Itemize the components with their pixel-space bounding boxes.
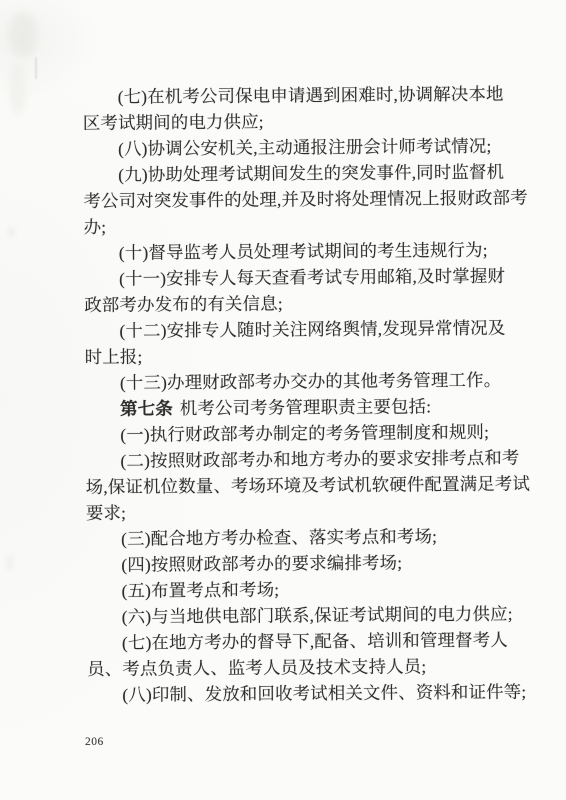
text-line: 时上报; [85, 341, 517, 370]
scan-scratch-artifact [35, 57, 37, 79]
text-line: 考公司对突发事件的处理,并及时将处理情况上报财政部考 [83, 185, 515, 214]
text-line: (十二)安排专人随时关注网络舆情,发现异常情况及 [84, 315, 516, 344]
scan-speck-artifact [7, 556, 13, 570]
scan-smudge-artifact [9, 13, 37, 57]
article-number: 第七条 [120, 398, 173, 418]
text-line: 场,保证机位数量、考场环境及考试机软硬件配置满足考试 [86, 471, 518, 500]
text-line: 区考试期间的电力供应; [83, 107, 515, 136]
text-line: (四)按照财政部考办的要求编排考场; [86, 549, 518, 578]
document-page: (七)在机考公司保电申请遇到困难时,协调解决本地 区考试期间的电力供应; (八)… [0, 0, 566, 800]
text-line: (九)协助处理考试期间发生的突发事件,同时监督机 [83, 159, 515, 188]
text-line: (七)在机考公司保电申请遇到困难时,协调解决本地 [83, 81, 515, 110]
text-line: 要求; [86, 497, 518, 526]
scan-smudge-artifact [10, 62, 26, 114]
text-line: 政部考办发布的有关信息; [84, 289, 516, 318]
scan-speck-artifact [8, 228, 15, 237]
text-line: 办; [84, 211, 516, 240]
text-line: (五)布置考点和考场; [86, 575, 518, 604]
text-line: (七)在地方考办的督导下,配备、培训和管理督考人 [87, 627, 519, 656]
text-line: (十)督导监考人员处理考试期间的考生违规行为; [84, 237, 516, 266]
text-line: (三)配合地方考办检查、落实考点和考场; [86, 523, 518, 552]
text-line: (六)与当地供电部门联系,保证考试期间的电力供应; [87, 601, 519, 630]
text-line: (一)执行财政部考办制定的考务管理制度和规则; [85, 419, 517, 448]
text-line: (二)按照财政部考办和地方考办的要求安排考点和考 [85, 445, 517, 474]
page-number: 206 [85, 736, 104, 748]
text-line: (八)协调公安机关,主动通报注册会计师考试情况; [83, 133, 515, 162]
text-line: 员、考点负责人、监考人员及技术支持人员; [87, 653, 519, 682]
article-heading-text: 机考公司考务管理职责主要包括: [180, 396, 431, 418]
text-line: (十三)办理财政部考办交办的其他考务管理工作。 [85, 367, 517, 396]
article-heading-line: 第七条机考公司考务管理职责主要包括: [85, 393, 517, 422]
body-text: (七)在机考公司保电申请遇到困难时,协调解决本地 区考试期间的电力供应; (八)… [83, 81, 520, 708]
text-line: (十一)安排专人每天查看考试专用邮箱,及时掌握财 [84, 263, 516, 292]
text-line: (八)印制、发放和回收考试相关文件、资料和证件等; [87, 679, 519, 708]
